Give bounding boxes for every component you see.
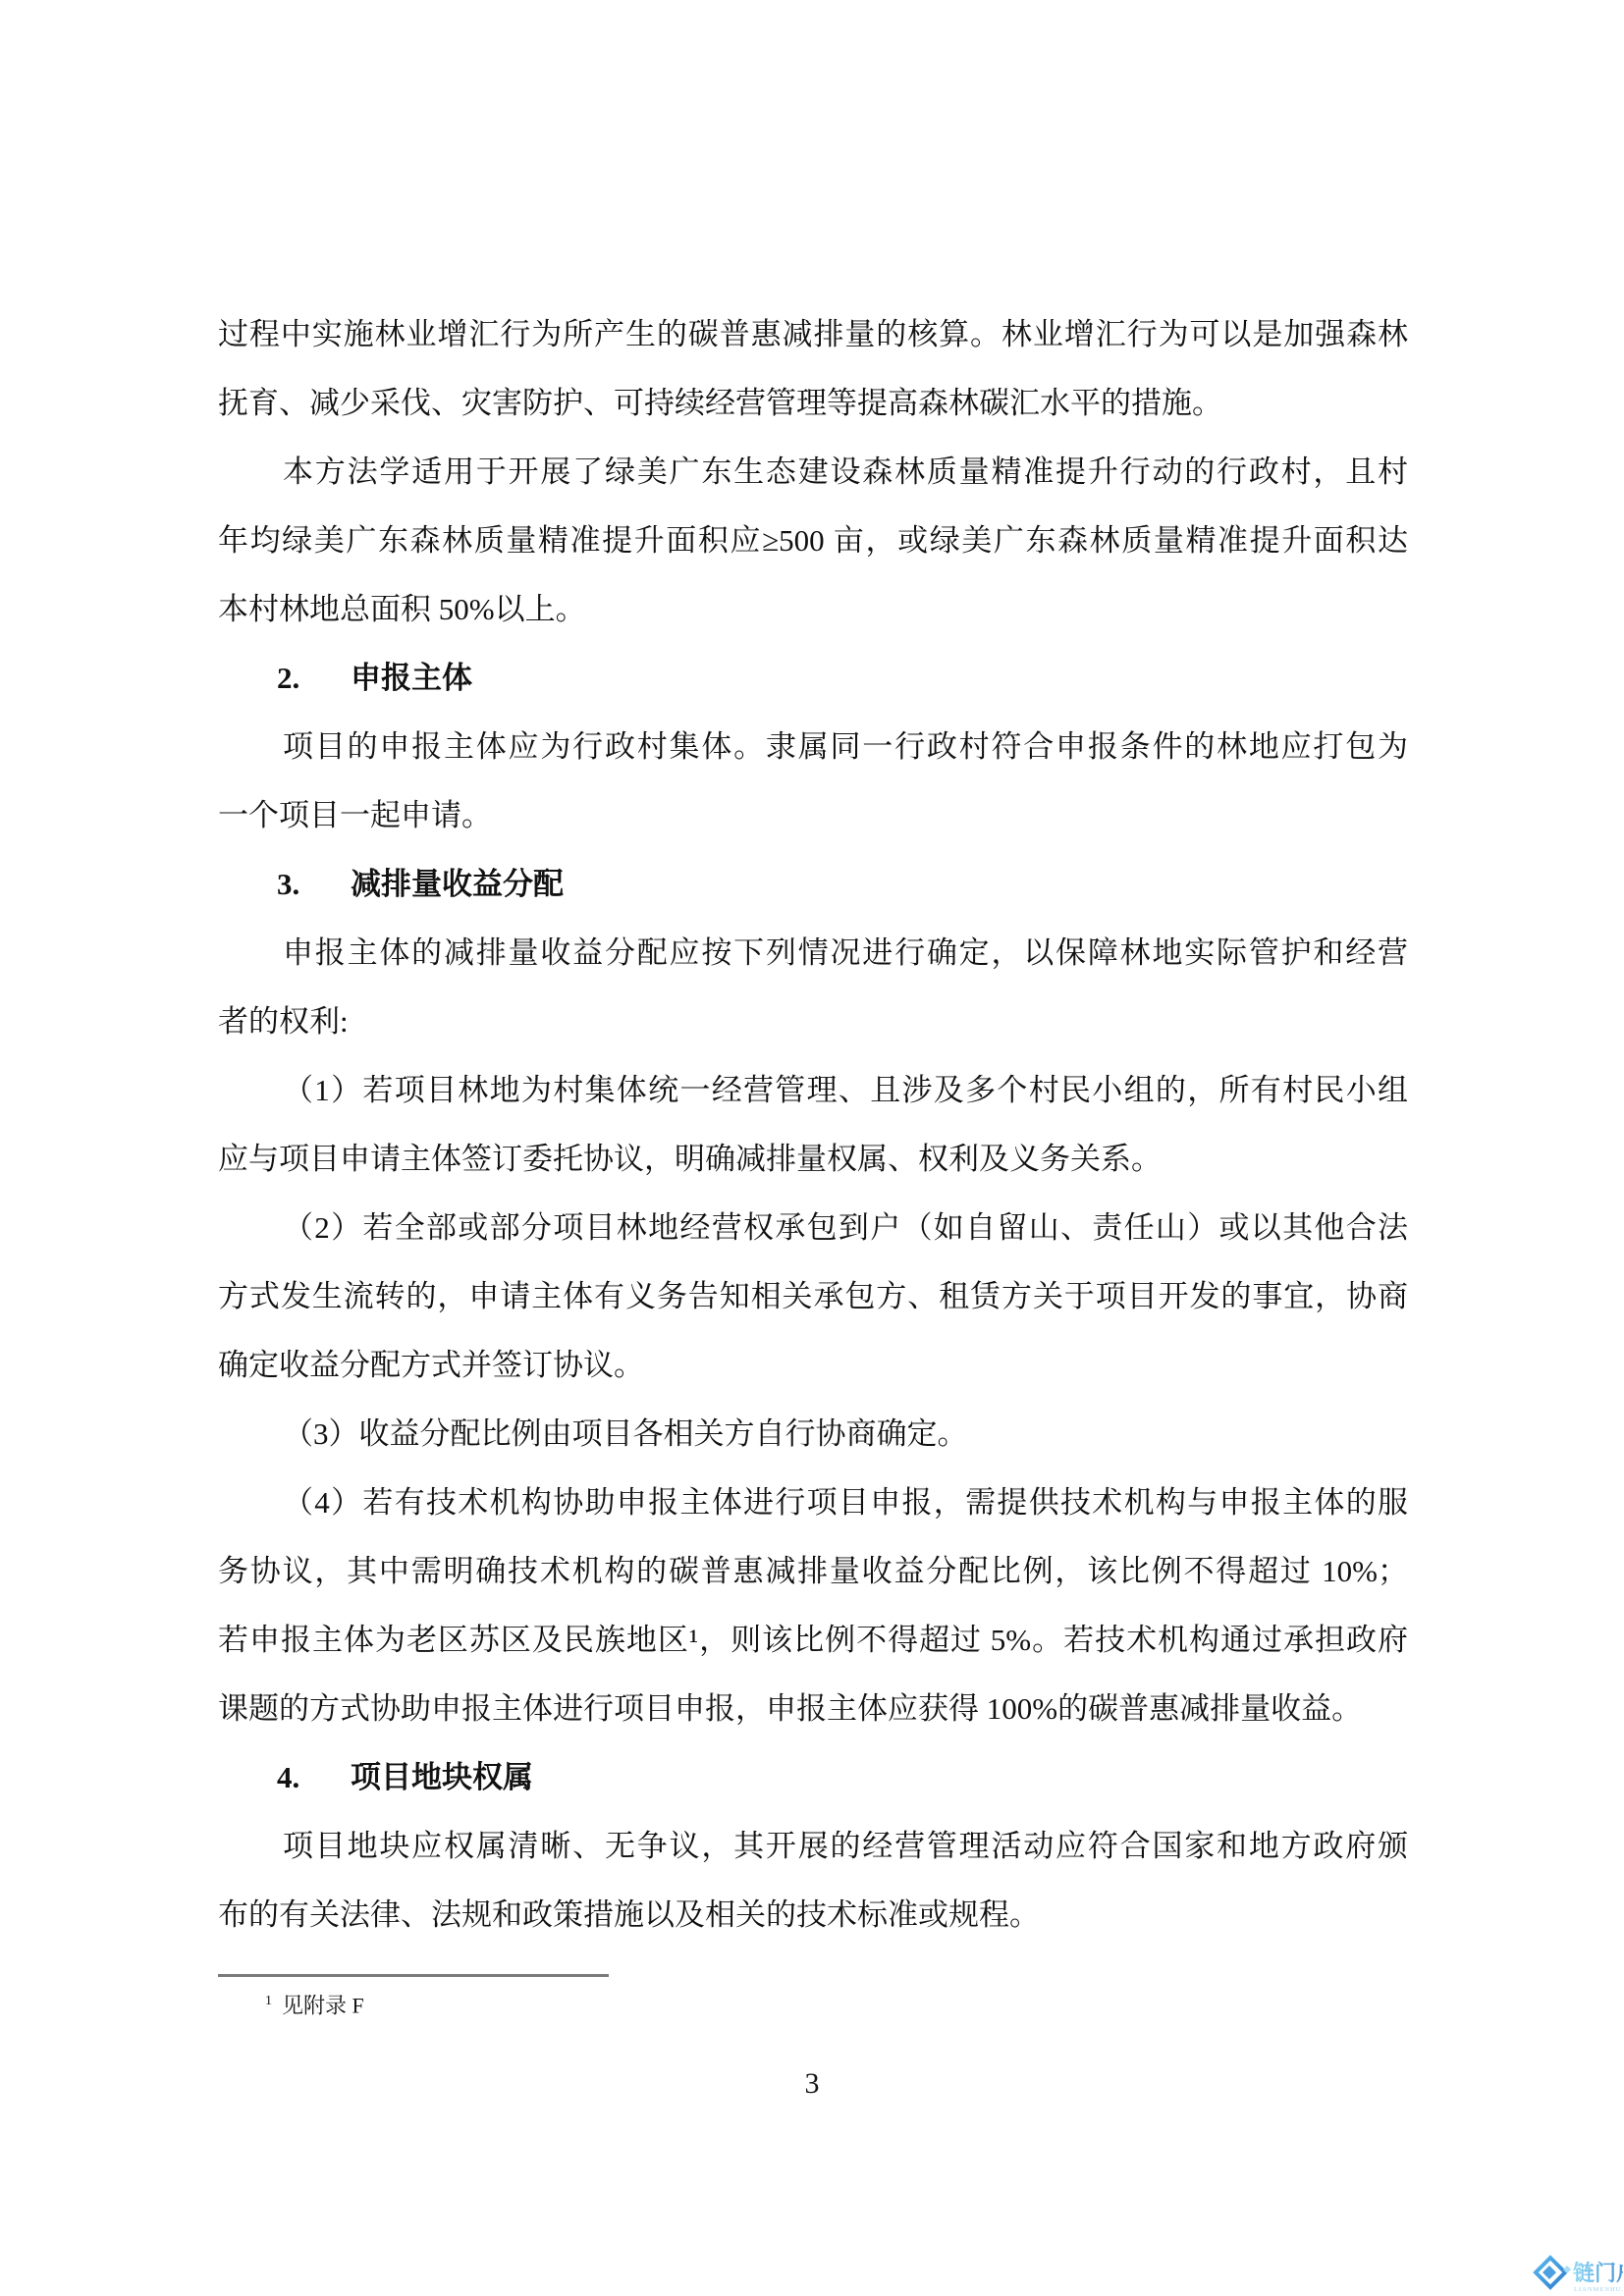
document-body: 过程中实施林业增汇行为所产生的碳普惠减排量的核算。林业增汇行为可以是加强森林抚育… — [218, 300, 1408, 1949]
text-line: 项目地块应权属清晰、无争议，其开展的经营管理活动应符合国家和地方政府颁 — [218, 1812, 1408, 1881]
section-number: 2. — [277, 644, 351, 713]
section-title: 减排量收益分配 — [351, 867, 564, 901]
text-line: 者的权利: — [218, 988, 1408, 1056]
footnote-marker: 1 — [265, 1994, 272, 2008]
text-line: 年均绿美广东森林质量精准提升面积应≥500 亩，或绿美广东森林质量精准提升面积达 — [218, 507, 1408, 575]
watermark-inner-diamond-icon — [1543, 2266, 1556, 2279]
text-line: 若申报主体为老区苏区及民族地区¹，则该比例不得超过 5%。若技术机构通过承担政府 — [218, 1606, 1408, 1675]
section-title: 申报主体 — [351, 661, 472, 695]
watermark-brand: 链门户 — [1573, 2261, 1623, 2285]
section-number: 4. — [277, 1743, 351, 1812]
watermark: 链门户 LIANMENHU.COM — [1525, 2250, 1623, 2295]
text-line: （1）若项目林地为村集体统一经营管理、且涉及多个村民小组的，所有村民小组 — [218, 1056, 1408, 1125]
text-line: 项目的申报主体应为行政村集体。隶属同一行政村符合申报条件的林地应打包为 — [218, 713, 1408, 781]
footnote-text: 见附录 F — [282, 1993, 364, 2017]
watermark-logo-icon: 链门户 LIANMENHU.COM — [1525, 2250, 1623, 2295]
text-line: （2）若全部或部分项目林地经营权承包到户（如自留山、责任山）或以其他合法 — [218, 1194, 1408, 1262]
text-line: 申报主体的减排量收益分配应按下列情况进行确定，以保障林地实际管护和经营 — [218, 919, 1408, 988]
section-number: 3. — [277, 850, 351, 919]
section-heading: 2.申报主体 — [218, 644, 1408, 713]
footnote-divider — [218, 1974, 609, 1977]
text-line: 一个项目一起申请。 — [218, 781, 1408, 850]
section-title: 项目地块权属 — [351, 1760, 533, 1794]
text-line: 务协议，其中需明确技术机构的碳普惠减排量收益分配比例，该比例不得超过 10%； — [218, 1537, 1408, 1606]
text-line: 布的有关法律、法规和政策措施以及相关的技术标准或规程。 — [218, 1881, 1408, 1949]
text-line: 课题的方式协助申报主体进行项目申报，申报主体应获得 100%的碳普惠减排量收益。 — [218, 1675, 1408, 1743]
section-heading: 4.项目地块权属 — [218, 1743, 1408, 1812]
text-line: （4）若有技术机构协助申报主体进行项目申报，需提供技术机构与申报主体的服 — [218, 1468, 1408, 1537]
text-line: 应与项目申请主体签订委托协议，明确减排量权属、权利及义务关系。 — [218, 1125, 1408, 1194]
text-line: 抚育、减少采伐、灾害防护、可持续经营管理等提高森林碳汇水平的措施。 — [218, 369, 1408, 438]
text-line: 本方法学适用于开展了绿美广东生态建设森林质量精准提升行动的行政村，且村 — [218, 438, 1408, 507]
text-line: 确定收益分配方式并签订协议。 — [218, 1331, 1408, 1400]
section-heading: 3.减排量收益分配 — [218, 850, 1408, 919]
watermark-domain: LIANMENHU.COM — [1574, 2286, 1623, 2293]
text-line: 过程中实施林业增汇行为所产生的碳普惠减排量的核算。林业增汇行为可以是加强森林 — [218, 300, 1408, 369]
text-line: 本村林地总面积 50%以上。 — [218, 575, 1408, 644]
document-page: 过程中实施林业增汇行为所产生的碳普惠减排量的核算。林业增汇行为可以是加强森林抚育… — [0, 0, 1624, 2296]
text-line: 方式发生流转的，申请主体有义务告知相关承包方、租赁方关于项目开发的事宜，协商 — [218, 1262, 1408, 1331]
page-number: 3 — [0, 2067, 1624, 2101]
text-line: （3）收益分配比例由项目各相关方自行协商确定。 — [218, 1400, 1408, 1468]
footnote: 1见附录 F — [218, 1987, 364, 2020]
